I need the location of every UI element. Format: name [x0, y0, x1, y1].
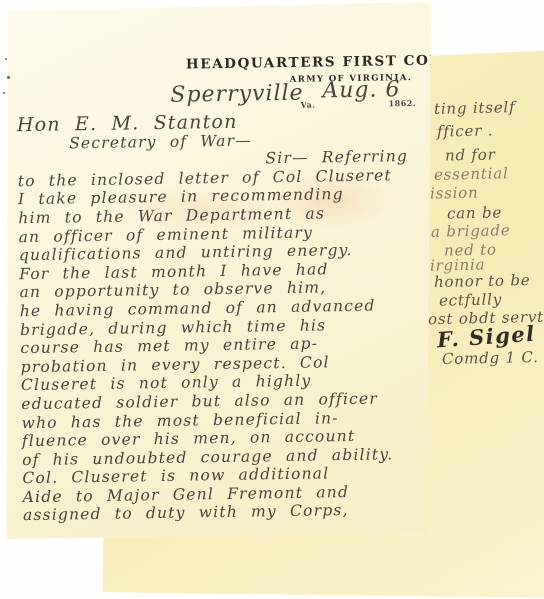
letter-body: Hon E. M. Stanton Secretary of War— Sir—… [17, 110, 437, 526]
scanned-letter-image: ting itself fficer . nd for essential is… [0, 0, 544, 599]
letter-fragment: nd for [445, 145, 496, 164]
letter-fragment: honor to be [434, 271, 531, 291]
letter-fragment: ectfully [439, 290, 502, 309]
letter-fragment: essential [434, 164, 509, 184]
letter-fragment: ission [430, 183, 479, 202]
letter-fragment: ting itself [434, 98, 516, 118]
ink-speck [7, 76, 10, 79]
dateline-state: Va. [301, 100, 316, 110]
letter-fragment: can be [447, 203, 502, 222]
signature-title: Comdg 1 C. [442, 348, 539, 368]
dateline-place: Sperryville [170, 81, 304, 108]
letter-fragment: a brigade [431, 221, 511, 241]
salutation-line: Sir— Referring [265, 147, 431, 168]
letterhead-corps-line: HEADQUARTERS FIRST CORPS, [186, 53, 422, 73]
ink-speck [5, 58, 7, 60]
letter-fragment: fficer . [437, 121, 494, 140]
dateline-year: 1862. [388, 98, 416, 108]
ink-speck [3, 92, 5, 94]
